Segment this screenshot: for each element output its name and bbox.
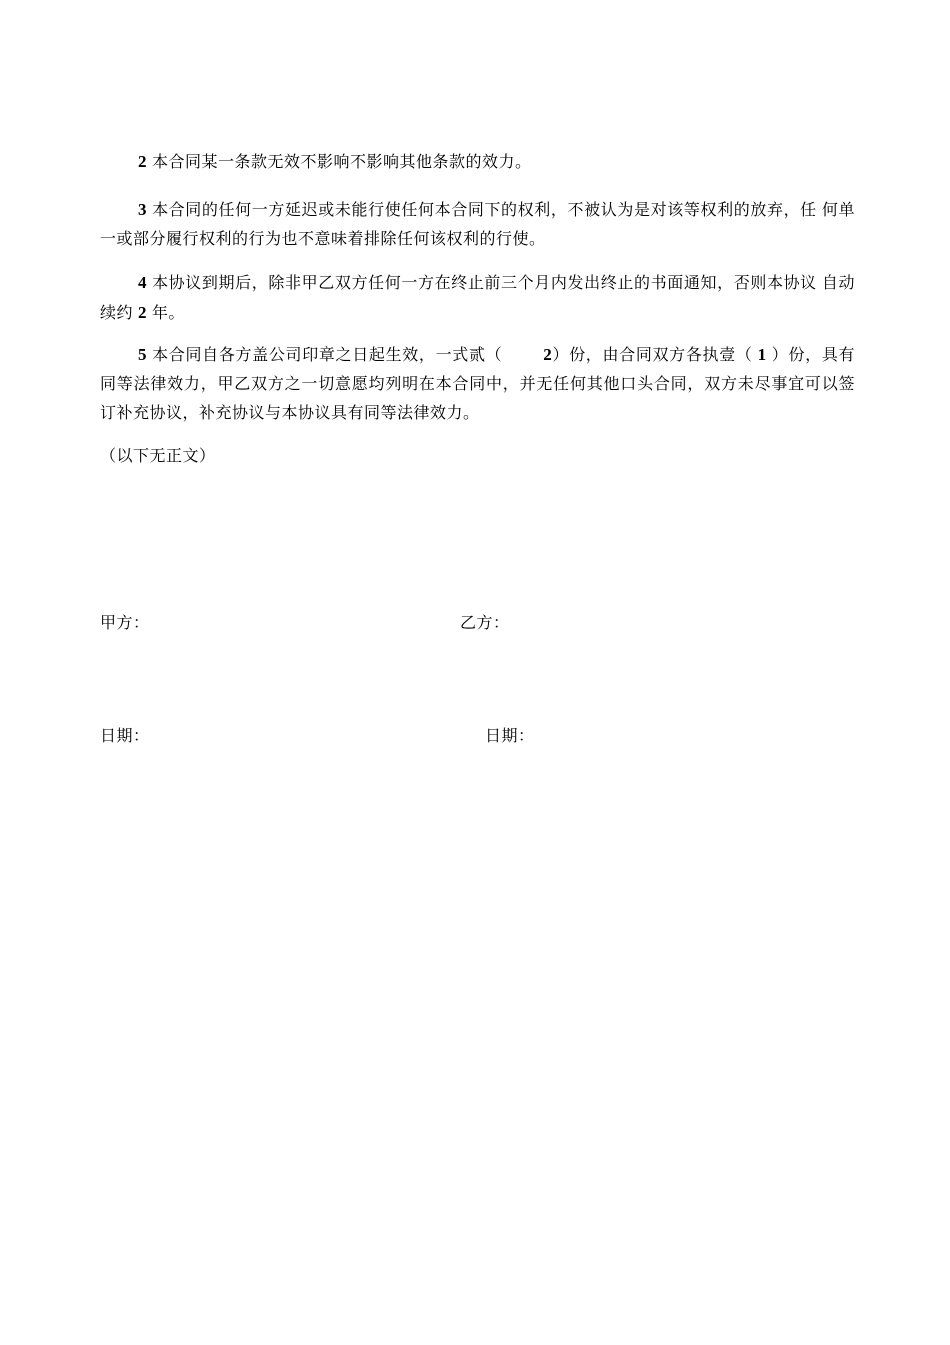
clause-2-number: 2 — [138, 152, 147, 171]
clause-paragraph-5: 5 本合同自各方盖公司印章之日起生效，一式贰（ 2）份，由合同双方各执壹（ 1 … — [100, 340, 855, 428]
clause-5-copies-number: 2 — [543, 345, 552, 364]
clause-3-number: 3 — [138, 200, 147, 219]
party-b-label: 乙方： — [460, 613, 510, 635]
date-b-label: 日期： — [485, 726, 535, 748]
clause-5-text: 本合同自各方盖公司印章之日起生效，一式贰（ — [147, 347, 543, 364]
document-page: 2 本合同某一条款无效不影响不影响其他条款的效力。 3 本合同的任何一方延迟或未… — [0, 0, 950, 1345]
clause-paragraph-3: 3 本合同的任何一方延迟或未能行使任何本合同下的权利，不被认为是对该等权利的放弃… — [100, 195, 855, 254]
clause-4-number: 4 — [138, 273, 147, 292]
clause-4-years-number: 2 — [138, 303, 147, 322]
clause-paragraph-2: 2 本合同某一条款无效不影响不影响其他条款的效力。 — [100, 147, 855, 177]
clause-5-each-number: 1 — [758, 345, 767, 364]
party-a-label: 甲方： — [100, 613, 150, 635]
clause-3-text: 本合同的任何一方延迟或未能行使任何本合同下的权利，不被认为是对该等权利的放弃，任… — [100, 202, 855, 248]
clause-2-text: 本合同某一条款无效不影响不影响其他条款的效力。 — [147, 154, 531, 171]
clause-4-text: 本协议到期后，除非甲乙双方任何一方在终止前三个月内发出终止的书面通知，否则本协议… — [100, 275, 855, 322]
clause-4-text-end: 年。 — [147, 305, 185, 322]
clause-5-number: 5 — [138, 345, 147, 364]
date-a-label: 日期： — [100, 726, 150, 748]
clause-5-text-mid: ）份，由合同双方各执壹（ — [552, 347, 757, 364]
clause-paragraph-4: 4 本协议到期后，除非甲乙双方任何一方在终止前三个月内发出终止的书面通知，否则本… — [100, 268, 855, 328]
no-more-text-note: （以下无正文） — [100, 442, 216, 471]
